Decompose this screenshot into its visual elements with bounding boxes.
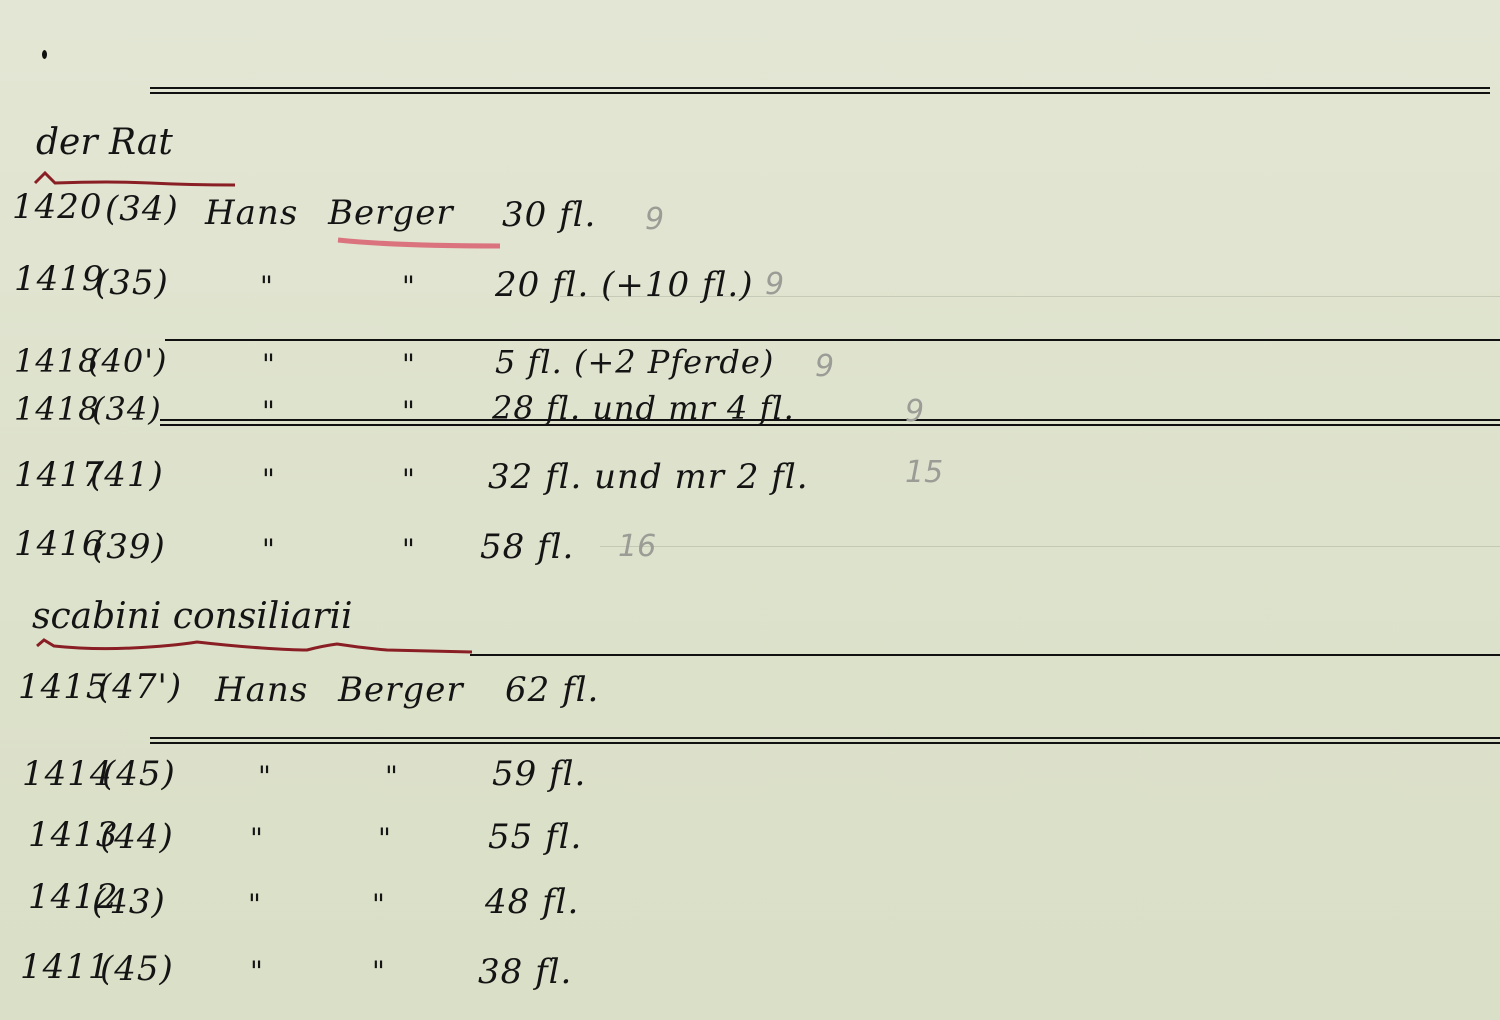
ditto-mark: " bbox=[250, 955, 263, 988]
pencil-note: 9 bbox=[765, 270, 784, 300]
pencil-note: 9 bbox=[905, 397, 924, 427]
ink-dot bbox=[42, 50, 47, 59]
pencil-note: 15 bbox=[905, 458, 943, 488]
entry-amount: 62 fl. bbox=[505, 673, 599, 707]
section-heading-der-rat: der Rat bbox=[36, 122, 173, 163]
entry-amount: 28 fl. und mr 4 fl. bbox=[492, 392, 795, 424]
ditto-mark: " bbox=[402, 463, 415, 496]
double-rule-2 bbox=[160, 419, 1500, 421]
entry-name: Hans Berger bbox=[205, 196, 454, 230]
top-double-rule bbox=[150, 87, 1490, 89]
pencil-note: 9 bbox=[815, 352, 834, 382]
entry-year: 1416 bbox=[14, 527, 105, 561]
pencil-note: 9 bbox=[645, 205, 664, 235]
entry-amount: 38 fl. bbox=[478, 955, 572, 989]
entry-amount: 59 fl. bbox=[492, 757, 586, 791]
single-rule-3 bbox=[470, 654, 1500, 656]
entry-year: 1411 bbox=[20, 950, 111, 984]
entry-name: Hans Berger bbox=[215, 673, 464, 707]
entry-ref: (40') bbox=[88, 345, 167, 377]
entry-amount: 5 fl. (+2 Pferde) bbox=[495, 346, 774, 378]
ditto-mark: " bbox=[262, 348, 275, 381]
ditto-mark: " bbox=[402, 395, 415, 428]
ditto-mark: " bbox=[378, 822, 391, 855]
single-rule-1 bbox=[165, 339, 1500, 341]
section-heading-scabini-consiliarii: scabini consiliarii bbox=[32, 596, 353, 637]
entry-ref: (34) bbox=[92, 393, 162, 425]
ditto-mark: " bbox=[402, 533, 415, 566]
entry-year: 1420 bbox=[12, 190, 103, 224]
entry-ref: (45) bbox=[100, 952, 174, 986]
ditto-mark: " bbox=[262, 533, 275, 566]
ditto-mark: " bbox=[402, 270, 415, 303]
entry-ref: (35) bbox=[95, 266, 169, 300]
ditto-mark: " bbox=[258, 760, 271, 793]
entry-ref: (47') bbox=[98, 670, 182, 704]
entry-amount: 58 fl. bbox=[480, 530, 574, 564]
entry-ref: (41) bbox=[90, 458, 164, 492]
entry-year: 1418 bbox=[14, 345, 99, 377]
entry-ref: (45) bbox=[102, 757, 176, 791]
entry-year: 1418 bbox=[14, 393, 99, 425]
red-underline-berger bbox=[335, 232, 505, 252]
pencil-note: 16 bbox=[618, 532, 656, 562]
index-card: der Rat 1420 (34) Hans Berger 30 fl. 9 1… bbox=[0, 0, 1500, 1020]
ditto-mark: " bbox=[248, 888, 261, 921]
entry-year: 1419 bbox=[14, 262, 105, 296]
entry-ref: (44) bbox=[100, 820, 174, 854]
entry-ref: (34) bbox=[105, 192, 179, 226]
ditto-mark: " bbox=[372, 955, 385, 988]
entry-year: 1414 bbox=[22, 757, 113, 791]
faint-rule bbox=[600, 546, 1500, 547]
entry-ref: (43) bbox=[92, 885, 166, 919]
ditto-mark: " bbox=[262, 395, 275, 428]
ditto-mark: " bbox=[262, 463, 275, 496]
entry-amount: 30 fl. bbox=[502, 198, 596, 232]
red-underline-heading-2 bbox=[32, 632, 482, 657]
ditto-mark: " bbox=[260, 270, 273, 303]
double-rule-4 bbox=[150, 737, 1500, 739]
ditto-mark: " bbox=[250, 822, 263, 855]
ditto-mark: " bbox=[385, 760, 398, 793]
entry-amount: 55 fl. bbox=[488, 820, 582, 854]
entry-amount: 20 fl. (+10 fl.) bbox=[495, 268, 754, 302]
entry-ref: (39) bbox=[92, 530, 166, 564]
entry-amount: 32 fl. und mr 2 fl. bbox=[488, 460, 809, 494]
ditto-mark: " bbox=[402, 348, 415, 381]
ditto-mark: " bbox=[372, 888, 385, 921]
entry-amount: 48 fl. bbox=[485, 885, 579, 919]
entry-year: 1415 bbox=[18, 670, 109, 704]
